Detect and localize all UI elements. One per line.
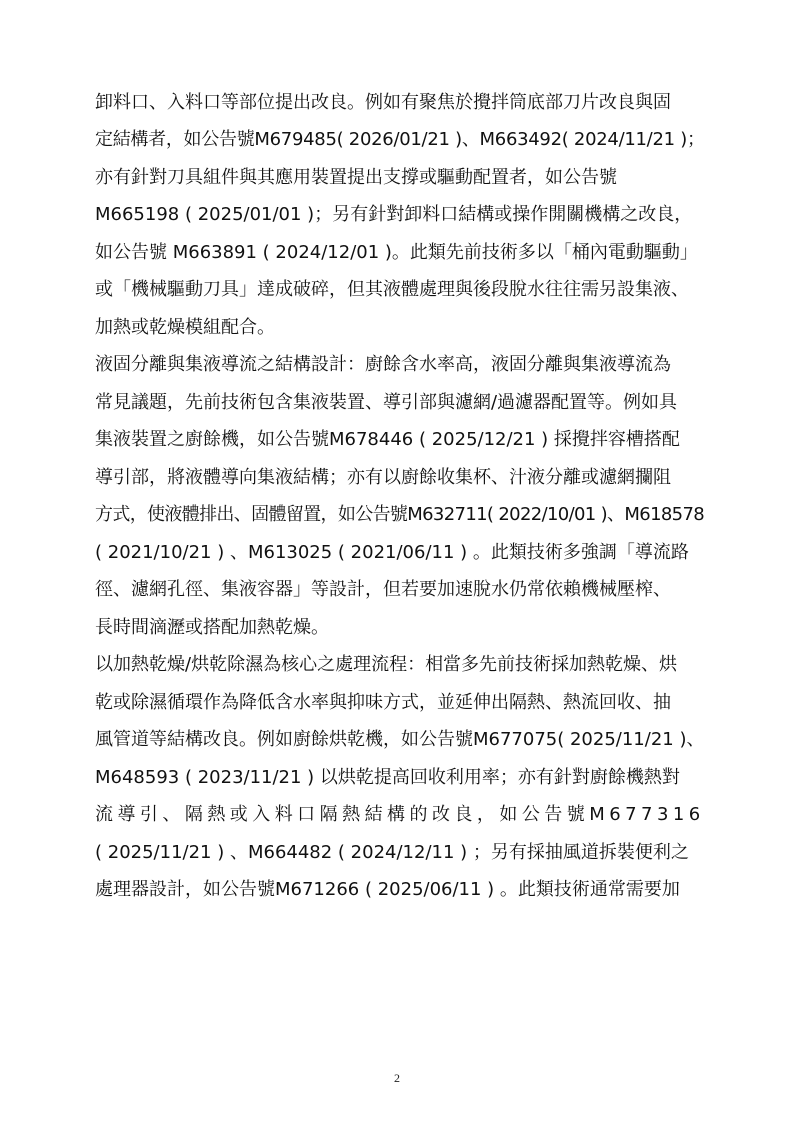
- body-text: 卸料口、入料口等部位提出改良。例如有聚焦於攪拌筒底部刀片改良與固 定結構者，如公…: [95, 84, 705, 909]
- text-line: 風管道等結構改良。例如廚餘烘乾機，如公告號M677075( 2025/11/21…: [95, 722, 705, 760]
- text-line: 卸料口、入料口等部位提出改良。例如有聚焦於攪拌筒底部刀片改良與固: [95, 84, 705, 122]
- text-line: 集液裝置之廚餘機，如公告號M678446 ( 2025/12/21 ) 採攪拌容…: [95, 422, 705, 460]
- text-line: 乾或除濕循環作為降低含水率與抑味方式，並延伸出隔熱、熱流回收、抽: [95, 684, 705, 722]
- text-line: ( 2025/11/21 ) 、M664482 ( 2024/12/11 ) ；…: [95, 834, 705, 872]
- text-line: ( 2021/10/21 ) 、M613025 ( 2021/06/11 ) 。…: [95, 534, 705, 572]
- text-line: 或「機械驅動刀具」達成破碎，但其液體處理與後段脫水往往需另設集液、: [95, 272, 705, 310]
- text-line: 液固分離與集液導流之結構設計：廚餘含水率高，液固分離與集液導流為: [95, 347, 705, 385]
- text-line: 常見議題，先前技術包含集液裝置、導引部與濾網/過濾器配置等。例如具: [95, 384, 705, 422]
- page-number: 2: [0, 1071, 794, 1086]
- text-line: 亦有針對刀具組件與其應用裝置提出支撐或驅動配置者，如公告號: [95, 159, 705, 197]
- text-line: 如公告號 M663891 ( 2024/12/01 )。此類先前技術多以「桶內電…: [95, 234, 705, 272]
- text-line: 導引部，將液體導向集液結構；亦有以廚餘收集杯、汁液分離或濾網攔阻: [95, 459, 705, 497]
- text-line: 加熱或乾燥模組配合。: [95, 309, 705, 347]
- text-line: 長時間滴瀝或搭配加熱乾燥。: [95, 609, 705, 647]
- text-line: M648593 ( 2023/11/21 ) 以烘乾提高回收利用率；亦有針對廚餘…: [95, 759, 705, 797]
- text-line: 方式，使液體排出、固體留置，如公告號M632711( 2022/10/01 )、…: [95, 497, 705, 535]
- text-line: 定結構者，如公告號M679485( 2026/01/21 )、M663492( …: [95, 122, 705, 160]
- text-line: 徑、濾網孔徑、集液容器」等設計，但若要加速脫水仍常依賴機械壓榨、: [95, 572, 705, 610]
- text-line: 流導引、隔熱或入料口隔熱結構的改良，如公告號M677316: [95, 797, 705, 835]
- text-line: M665198 ( 2025/01/01 )；另有針對卸料口結構或操作開關機構之…: [95, 197, 705, 235]
- document-page: 卸料口、入料口等部位提出改良。例如有聚焦於攪拌筒底部刀片改良與固 定結構者，如公…: [0, 0, 794, 1123]
- text-line: 以加熱乾燥/烘乾除濕為核心之處理流程：相當多先前技術採加熱乾燥、烘: [95, 647, 705, 685]
- text-line: 處理器設計，如公告號M671266 ( 2025/06/11 ) 。此類技術通常…: [95, 872, 705, 910]
